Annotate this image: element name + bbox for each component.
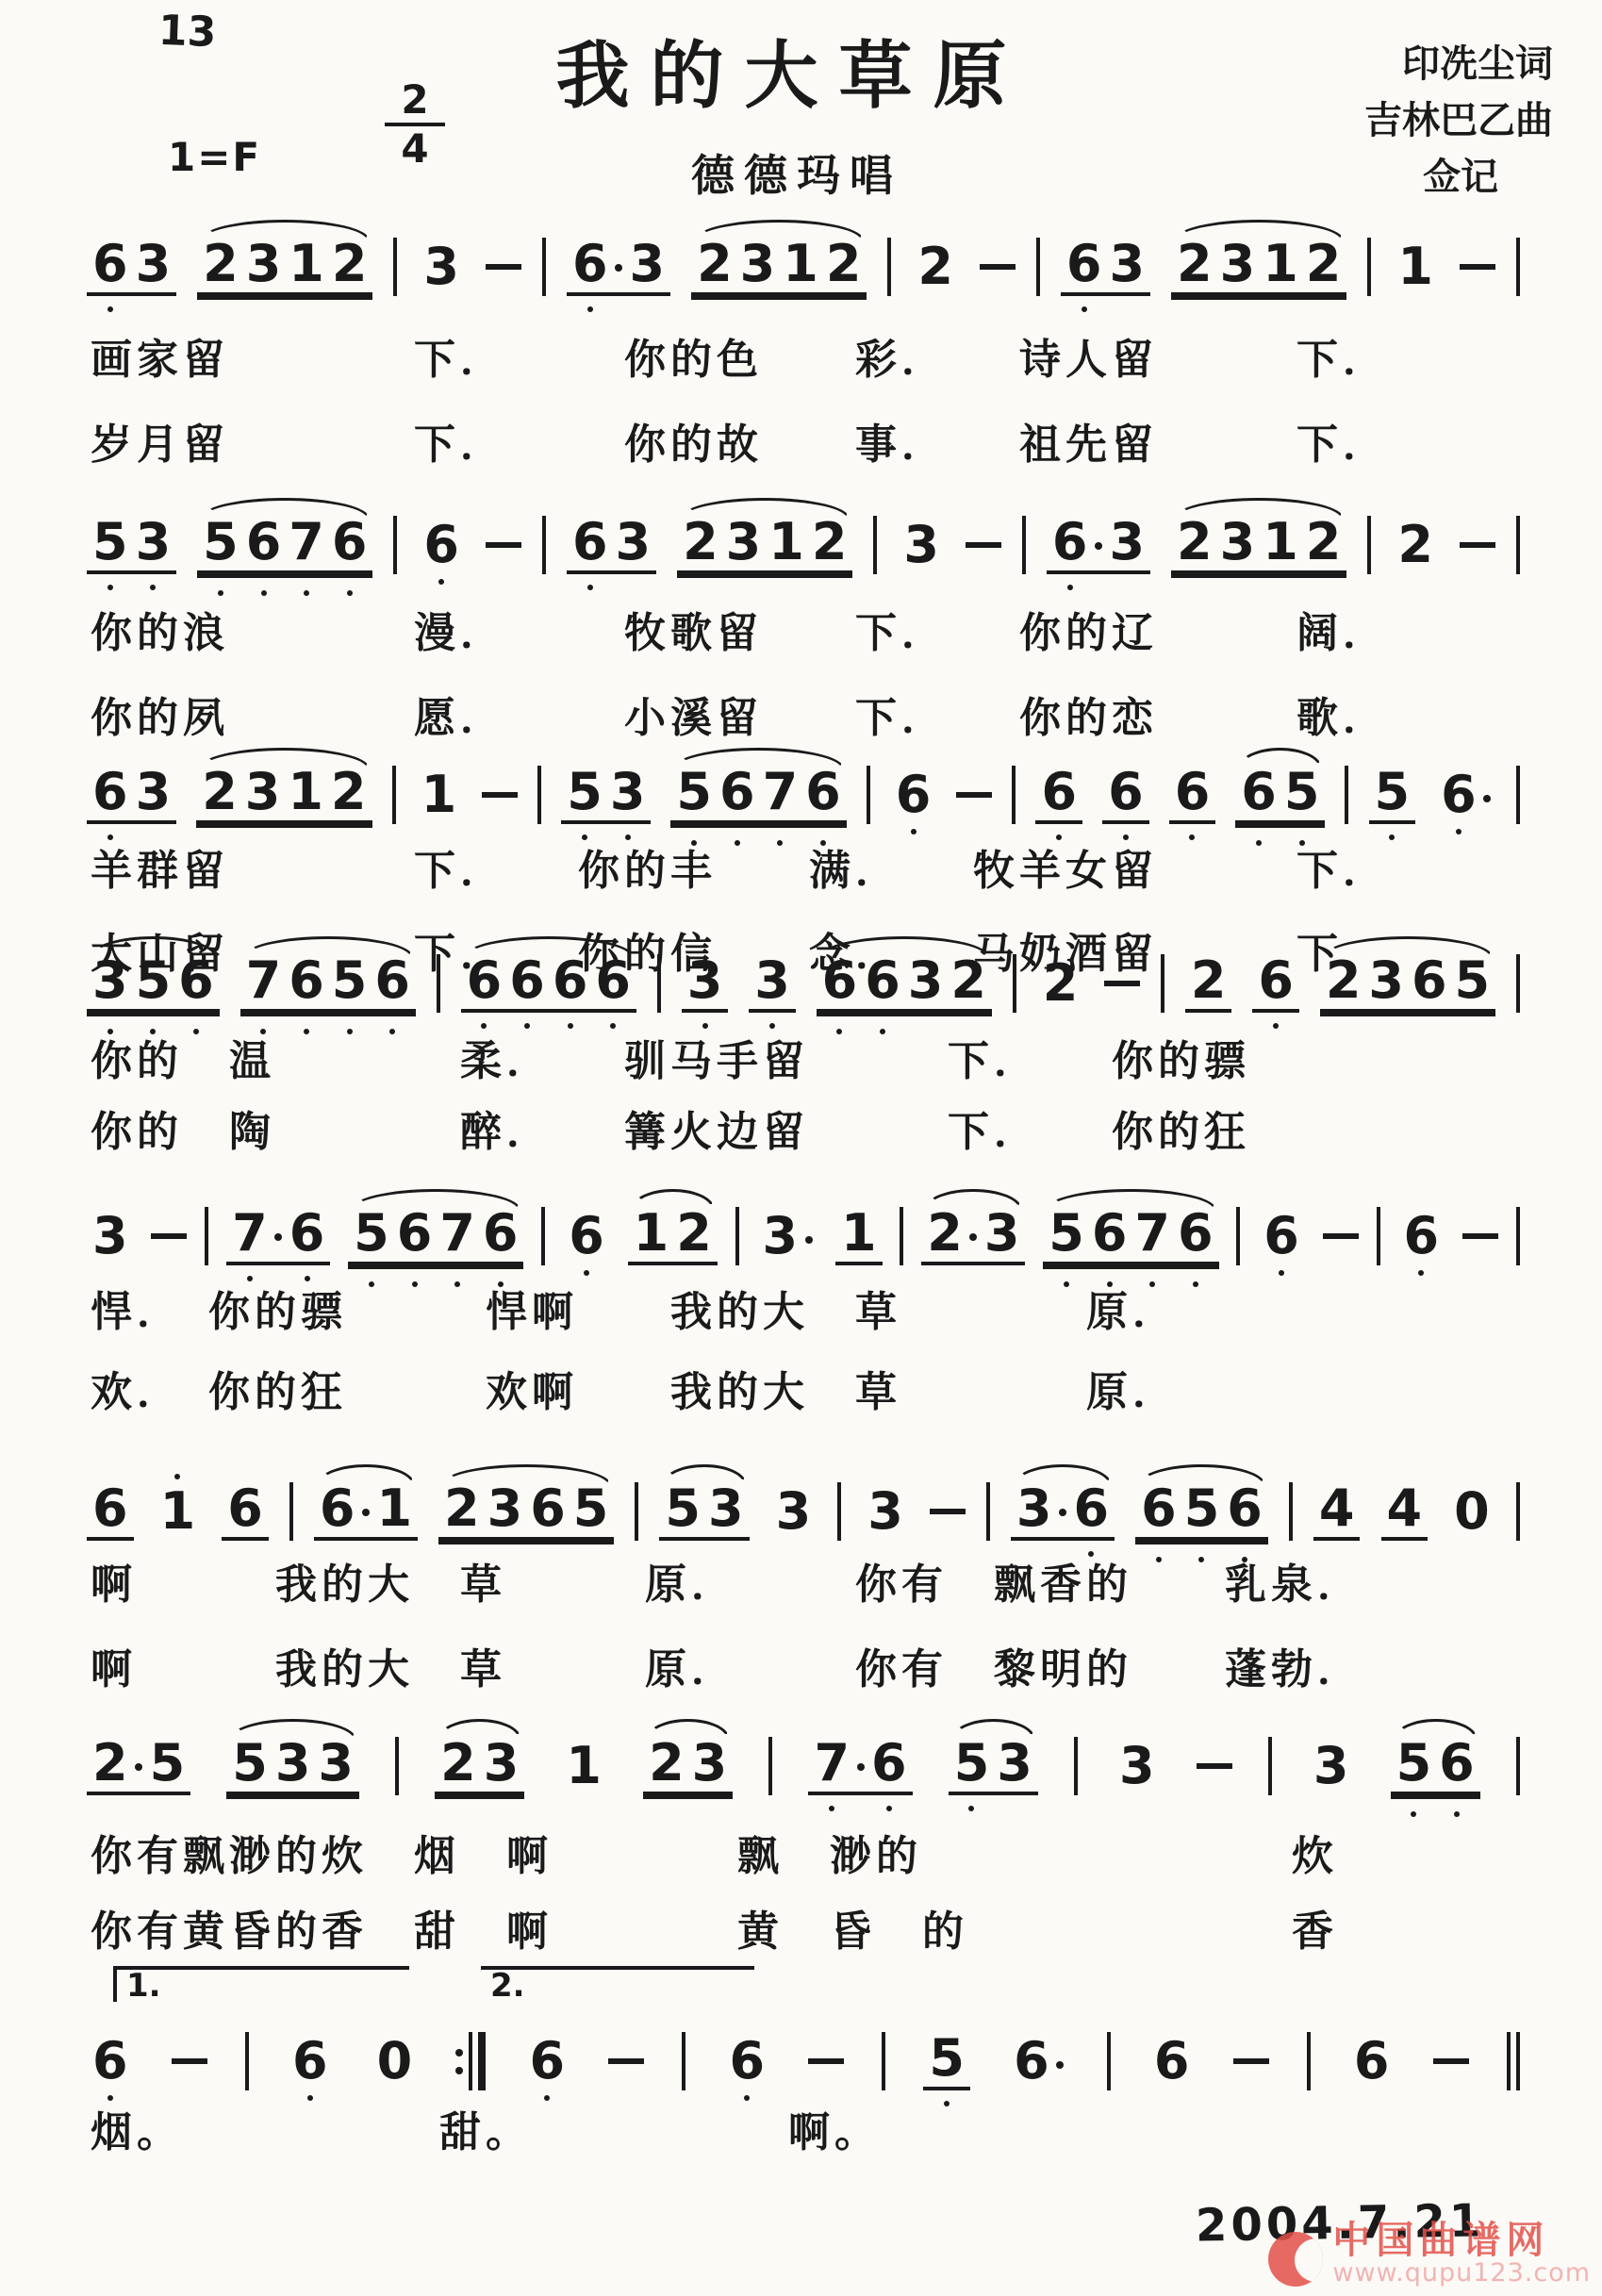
duration-dash xyxy=(980,264,1016,270)
dot-of-duration xyxy=(801,1211,816,1262)
note-group: 6 xyxy=(87,2036,134,2087)
note-group: 2365 xyxy=(438,1483,614,1541)
note-digit: 7 xyxy=(285,517,328,568)
note-group: 3 xyxy=(87,1211,134,1262)
note-group: 56 xyxy=(1391,1738,1480,1795)
duration-dash xyxy=(172,2058,207,2064)
repeat-barline xyxy=(455,2032,486,2090)
note-digit: 6 xyxy=(463,955,506,1006)
music-system-8: 1.2.660665666烟。 甜。 啊。 xyxy=(87,2021,1520,2102)
note-digit: 6 xyxy=(285,955,328,1006)
note-digit: 6 xyxy=(505,955,549,1006)
note-digit: 2 xyxy=(89,1738,132,1789)
note-digit: 3 xyxy=(736,239,780,289)
dot-of-duration xyxy=(1053,2036,1067,2087)
note-digit: 3 xyxy=(981,1208,1024,1259)
note-digit: 2 xyxy=(1394,520,1437,570)
note-digit: 6 xyxy=(289,2036,332,2087)
note-digit: 6 xyxy=(89,767,132,818)
final-barline xyxy=(1507,2032,1520,2090)
note-group: 63 xyxy=(1047,517,1150,574)
duration-dash xyxy=(966,542,1001,548)
note-group: 6 xyxy=(1348,2036,1396,2087)
lyrics-line: 你的浪 漫． 牧歌留 下． 你的辽 阔． xyxy=(91,611,1520,656)
note-digit: 3 xyxy=(900,520,943,570)
duration-dash xyxy=(482,792,518,798)
note-digit: 3 xyxy=(89,1211,132,1262)
note-digit: 1 xyxy=(285,239,328,289)
music-system-5: 37656766123123567666悍． 你的骠 悍啊 我的大 草 原．欢．… xyxy=(87,1196,1520,1277)
note-group: 6 xyxy=(1148,2036,1196,2087)
note-group: 2312 xyxy=(1171,517,1346,574)
barline xyxy=(437,954,440,1013)
note-digit: 3 xyxy=(484,1483,527,1534)
note-group: 6 xyxy=(1258,1211,1305,1262)
barline xyxy=(1013,954,1016,1013)
note-digit: 6 xyxy=(1174,1208,1217,1259)
note-digit: 2 xyxy=(679,517,722,568)
barline xyxy=(1236,1207,1240,1265)
page-number: 13 xyxy=(157,7,217,57)
duration-dash xyxy=(1233,2058,1269,2064)
note-digit: 3 xyxy=(993,1738,1036,1789)
note-group: 6 xyxy=(1252,955,1299,1013)
lyrics-line: 你的 陶 醉． 篝火边留 下． 你的狂 xyxy=(91,1110,1520,1155)
note-digit: 3 xyxy=(606,767,650,818)
lyrics-line: 烟。 甜。 啊。 xyxy=(91,2110,1520,2156)
barline xyxy=(1345,766,1348,824)
note-digit: 5 xyxy=(328,955,372,1006)
note-group: 12 xyxy=(628,1208,718,1265)
duration-dash xyxy=(1433,2058,1469,2064)
note-digit: 6 xyxy=(1070,1483,1114,1534)
note-group: 23 xyxy=(435,1738,524,1795)
duration-dash xyxy=(486,264,521,270)
note-digit: 1 xyxy=(837,1208,881,1259)
note-group: 53 xyxy=(87,517,176,574)
duration-dash xyxy=(808,2058,844,2064)
note-group: 656 xyxy=(1135,1483,1268,1541)
note-digit: 3 xyxy=(864,1486,907,1537)
note-digit: 2 xyxy=(437,1738,480,1789)
note-digit: 6 xyxy=(1350,2036,1394,2087)
note-digit: 2 xyxy=(1302,239,1346,289)
note-digit: 6 xyxy=(316,1483,359,1534)
note-group: 3 xyxy=(1114,1741,1161,1792)
note-digit: 3 xyxy=(1013,1483,1056,1534)
note-group: 63 xyxy=(87,767,176,824)
barline xyxy=(1516,766,1520,824)
note-group: 6 xyxy=(418,520,465,570)
note-group: 5676 xyxy=(670,767,846,824)
dot-of-duration xyxy=(1480,769,1495,820)
note-digit: 3 xyxy=(751,955,794,1006)
note-group: 63 xyxy=(87,239,176,296)
barline xyxy=(1516,1737,1520,1795)
dot-of-duration xyxy=(272,1208,286,1259)
note-group: 23 xyxy=(643,1738,733,1795)
note-digit: 2 xyxy=(947,955,990,1006)
note-group: 6 xyxy=(222,1483,269,1541)
note-digit: 2 xyxy=(1173,517,1216,568)
time-signature-denominator: 4 xyxy=(377,128,453,170)
song-title: 我的大草原 xyxy=(555,17,1027,123)
note-digit: 5 xyxy=(89,517,132,568)
note-digit: 1 xyxy=(1259,517,1302,568)
note-group: 25 xyxy=(87,1738,190,1795)
note-digit: 5 xyxy=(1451,955,1495,1006)
lyrics-line: 啊 我的大 草 原． 你有 黎明的 蓬勃． xyxy=(91,1647,1520,1693)
note-group: 6 xyxy=(1397,1211,1445,1262)
note-group: 6 xyxy=(723,2036,770,2087)
note-group: 2 xyxy=(1392,520,1439,570)
note-digit: 5 xyxy=(350,1208,393,1259)
note-digit: 1 xyxy=(1259,239,1302,289)
volta-first-ending: 1. xyxy=(113,1966,409,2002)
note-group: 5676 xyxy=(197,517,372,574)
dot-of-duration xyxy=(358,1483,372,1534)
note-digit: 6 xyxy=(223,1483,267,1534)
music-system-3: 632312153567666666556羊群留 下． 你的丰 满． 牧羊女留 … xyxy=(87,754,1520,835)
note-group: 5676 xyxy=(1043,1208,1218,1265)
lyrics-line: 你的 温 柔． 驯马手留 下． 你的骠 xyxy=(91,1039,1520,1084)
lyrics-line: 你有黄昏的香 甜 啊 黄 昏 的 香 xyxy=(91,1909,1520,1955)
note-digit: 3 xyxy=(772,1486,816,1537)
note-digit: 6 xyxy=(1237,767,1280,818)
dot-of-duration xyxy=(853,1738,867,1789)
note-group: 3 xyxy=(1308,1741,1355,1792)
note-digit: 2 xyxy=(645,1738,688,1789)
note-digit: 3 xyxy=(132,239,175,289)
jianpu-notes: 255332312376533356 xyxy=(87,1726,1520,1807)
barline xyxy=(1074,1737,1078,1795)
lyrics-line: 画家留 下． 你的色 彩． 诗人留 下． xyxy=(91,338,1520,383)
note-digit: 3 xyxy=(612,517,655,568)
note-digit: 1 xyxy=(562,1741,605,1792)
note-digit: 6 xyxy=(591,955,635,1006)
note-group: 63 xyxy=(567,517,656,574)
note-group: 6666 xyxy=(461,955,636,1013)
note-digit: 6 xyxy=(1223,1483,1266,1534)
jianpu-notes: 616612365533336656440 xyxy=(87,1471,1520,1552)
composer-credit: 吉林巴乙曲 xyxy=(1364,92,1553,149)
note-digit: 2 xyxy=(198,767,241,818)
note-group: 6 xyxy=(1008,2036,1069,2087)
note-digit: 7 xyxy=(436,1208,479,1259)
note-digit: 3 xyxy=(904,955,948,1006)
note-group: 2 xyxy=(912,241,959,292)
note-digit: 6 xyxy=(716,767,759,818)
note-group: 53 xyxy=(561,767,651,824)
note-digit: 2 xyxy=(693,239,736,289)
note-digit: 2 xyxy=(822,239,866,289)
note-digit: 6 xyxy=(1088,1208,1131,1259)
note-group: 4 xyxy=(1381,1483,1429,1541)
note-group: 36 xyxy=(1011,1483,1115,1541)
time-signature-numerator: 2 xyxy=(377,79,453,121)
note-group: 6 xyxy=(1169,767,1216,824)
note-digit: 3 xyxy=(1115,1741,1159,1792)
note-group: 5 xyxy=(923,2033,970,2090)
note-digit: 2 xyxy=(1187,955,1230,1006)
note-group: 356 xyxy=(87,955,220,1013)
duration-dash xyxy=(151,1233,187,1239)
note-group: 0 xyxy=(372,2036,419,2087)
note-digit: 3 xyxy=(626,239,669,289)
note-digit: 2 xyxy=(672,1208,716,1259)
note-group: 6 xyxy=(1102,767,1149,824)
note-digit: 6 xyxy=(861,955,904,1006)
note-digit: 6 xyxy=(525,2036,569,2087)
note-digit: 6 xyxy=(89,239,132,289)
duration-dash xyxy=(1104,981,1140,986)
note-group: 1 xyxy=(416,769,463,820)
note-digit: 3 xyxy=(1105,239,1148,289)
note-digit: 6 xyxy=(371,955,414,1006)
barline xyxy=(1022,516,1026,574)
dot-of-duration xyxy=(1091,517,1105,568)
note-digit: 5 xyxy=(1371,767,1414,818)
note-digit: 6 xyxy=(818,955,862,1006)
note-group: 76 xyxy=(226,1208,330,1265)
note-digit: 3 xyxy=(132,517,175,568)
credits-block: 印冼尘词 吉林巴乙曲 佥记 xyxy=(1364,36,1553,206)
note-digit: 1 xyxy=(157,1486,200,1537)
barline xyxy=(1377,1207,1380,1265)
barline xyxy=(882,2032,885,2090)
note-group: 63 xyxy=(567,239,670,296)
note-digit: 6 xyxy=(569,517,612,568)
note-group: 0 xyxy=(1448,1486,1495,1537)
jianpu-notes: 535676663231236323122 xyxy=(87,504,1520,586)
note-digit: 5 xyxy=(146,1738,190,1789)
note-digit: 1 xyxy=(284,767,327,818)
lyrics-line: 你的夙 愿． 小溪留 下． 你的恋 歌． xyxy=(91,696,1520,741)
key-signature: 1=F xyxy=(168,134,261,180)
duration-dash xyxy=(1323,1233,1359,1239)
note-digit: 5 xyxy=(563,767,606,818)
note-digit: 1 xyxy=(630,1208,673,1259)
duration-dash xyxy=(486,542,521,548)
barline xyxy=(900,1207,903,1265)
note-group: 3 xyxy=(682,955,729,1013)
note-group: 6 xyxy=(87,1483,134,1541)
note-group: 6 xyxy=(890,769,937,820)
note-digit: 6 xyxy=(1435,1738,1478,1789)
note-group: 4 xyxy=(1313,1483,1361,1541)
note-group: 53 xyxy=(949,1738,1038,1795)
note-digit: 3 xyxy=(1216,239,1260,289)
watermark: 中国曲谱网 www.qupu123.com xyxy=(1268,2221,1591,2287)
music-system-4: 356765666663366322262365你的 温 柔． 驯马手留 下． … xyxy=(87,943,1520,1024)
jianpu-notes: 632312363231226323121 xyxy=(87,226,1520,307)
duration-dash xyxy=(1460,542,1495,548)
note-digit: 3 xyxy=(89,955,132,1006)
note-digit: 3 xyxy=(241,767,285,818)
watermark-site-url: www.qupu123.com xyxy=(1332,2260,1591,2287)
note-digit: 1 xyxy=(779,239,822,289)
note-group: 2365 xyxy=(1320,955,1495,1013)
barline xyxy=(1516,1207,1520,1265)
barline xyxy=(1516,954,1520,1013)
note-digit: 6 xyxy=(1063,239,1106,289)
note-digit: 6 xyxy=(1150,2036,1194,2087)
note-digit: 5 xyxy=(1045,1208,1088,1259)
note-group: 3 xyxy=(749,955,796,1013)
volta-second-ending: 2. xyxy=(481,1966,754,2002)
note-digit: 2 xyxy=(1322,955,1365,1006)
note-digit: 1 xyxy=(372,1483,416,1534)
note-digit: 4 xyxy=(1383,1483,1427,1534)
note-digit: 6 xyxy=(1437,769,1480,820)
note-digit: 5 xyxy=(1393,1738,1436,1789)
note-group: 2 xyxy=(1037,958,1084,1009)
barline xyxy=(393,238,397,296)
barline xyxy=(542,238,546,296)
note-digit: 3 xyxy=(1105,517,1148,568)
barline xyxy=(1307,2032,1311,2090)
note-group: 2312 xyxy=(1171,239,1346,296)
note-digit: 7 xyxy=(228,1208,272,1259)
note-digit: 2 xyxy=(1302,517,1346,568)
note-group: 5 xyxy=(1369,767,1416,824)
note-group: 3 xyxy=(770,1486,818,1537)
note-digit: 2 xyxy=(1173,239,1216,289)
note-group: 3 xyxy=(898,520,945,570)
barline xyxy=(541,1207,545,1265)
note-group: 6 xyxy=(287,2036,334,2087)
note-digit: 3 xyxy=(722,517,766,568)
barline xyxy=(1161,954,1164,1013)
note-group: 76 xyxy=(808,1738,912,1795)
barline xyxy=(1367,238,1371,296)
barline xyxy=(392,766,396,824)
note-digit: 3 xyxy=(420,241,463,292)
note-digit: 6 xyxy=(328,517,372,568)
note-digit: 6 xyxy=(1037,767,1081,818)
note-digit: 5 xyxy=(1280,767,1324,818)
note-digit: 2 xyxy=(328,239,372,289)
note-group: 2 xyxy=(1185,955,1232,1013)
note-group: 7656 xyxy=(240,955,416,1013)
note-group: 6 xyxy=(1035,767,1082,824)
note-group: 3 xyxy=(862,1486,909,1537)
note-digit: 1 xyxy=(418,769,461,820)
note-group: 53 xyxy=(659,1483,749,1541)
note-digit: 7 xyxy=(1131,1208,1174,1259)
barline xyxy=(867,766,870,824)
note-digit: 3 xyxy=(704,1483,748,1534)
lyrics-line: 悍． 你的骠 悍啊 我的大 草 原． xyxy=(91,1290,1520,1335)
barline xyxy=(542,516,546,574)
lyrics-line: 你有飘渺的炊 烟 啊 飘 渺的 炊 xyxy=(91,1834,1520,1879)
jianpu-notes: 632312153567666666556 xyxy=(87,754,1520,835)
note-digit: 2 xyxy=(199,239,242,289)
jianpu-notes: 660665666 xyxy=(87,2021,1520,2102)
note-digit: 3 xyxy=(1310,1741,1353,1792)
note-group: 533 xyxy=(226,1738,359,1795)
note-group: 65 xyxy=(1235,767,1325,824)
note-digit: 5 xyxy=(1181,1483,1224,1534)
notation-credit: 佥记 xyxy=(1364,149,1553,206)
barline xyxy=(245,2032,249,2090)
note-digit: 6 xyxy=(565,1211,608,1262)
note-group: 2312 xyxy=(196,767,372,824)
lyrics-line: 岁月留 下． 你的故 事． 祖先留 下． xyxy=(91,422,1520,468)
note-digit: 7 xyxy=(810,1738,853,1789)
note-digit: 5 xyxy=(672,767,716,818)
barline xyxy=(1289,1482,1293,1541)
barline xyxy=(837,1482,841,1541)
note-digit: 3 xyxy=(684,955,727,1006)
note-digit: 6 xyxy=(420,520,463,570)
note-digit: 6 xyxy=(174,955,218,1006)
note-digit: 3 xyxy=(242,239,286,289)
barline xyxy=(1516,238,1520,296)
note-group: 2312 xyxy=(677,517,852,574)
barline xyxy=(635,1482,638,1541)
note-group: 3 xyxy=(418,241,465,292)
note-digit: 2 xyxy=(440,1483,484,1534)
note-digit: 6 xyxy=(867,1738,911,1789)
note-digit: 5 xyxy=(228,1738,272,1789)
note-digit: 0 xyxy=(373,2036,417,2087)
note-digit: 2 xyxy=(1039,958,1082,1009)
note-group: 61 xyxy=(314,1483,418,1541)
barline xyxy=(289,1482,293,1541)
note-digit: 6 xyxy=(1254,955,1297,1006)
note-digit: 6 xyxy=(1408,955,1451,1006)
note-digit: 6 xyxy=(725,2036,768,2087)
note-group: 63 xyxy=(1061,239,1150,296)
jianpu-notes: 356765666663366322262365 xyxy=(87,943,1520,1024)
barline xyxy=(1516,1482,1520,1541)
note-digit: 5 xyxy=(199,517,242,568)
note-group: 1 xyxy=(560,1741,607,1792)
note-digit: 5 xyxy=(132,955,175,1006)
note-digit: 6 xyxy=(242,517,286,568)
barline xyxy=(1107,2032,1111,2090)
duration-dash xyxy=(608,2058,644,2064)
note-group: 6 xyxy=(523,2036,570,2087)
music-system-1: 632312363231226323121画家留 下． 你的色 彩． 诗人留 下… xyxy=(87,226,1520,307)
barline xyxy=(1367,516,1371,574)
dot-of-duration xyxy=(1056,1483,1070,1534)
note-digit: 6 xyxy=(479,1208,522,1259)
duration-dash xyxy=(956,792,992,798)
music-system-7: 255332312376533356你有飘渺的炊 烟 啊 飘 渺的 炊你有黄昏的… xyxy=(87,1726,1520,1807)
note-digit: 6 xyxy=(549,955,592,1006)
music-system-2: 535676663231236323122你的浪 漫． 牧歌留 下． 你的辽 阔… xyxy=(87,504,1520,586)
note-digit: 1 xyxy=(1394,241,1437,292)
note-digit: 6 xyxy=(1137,1483,1181,1534)
note-group: 2312 xyxy=(197,239,372,296)
barline xyxy=(768,1737,772,1795)
time-signature: 2 4 xyxy=(377,79,453,170)
note-group: 23 xyxy=(921,1208,1025,1265)
note-digit: 1 xyxy=(765,517,808,568)
note-digit: 0 xyxy=(1450,1486,1494,1537)
barline xyxy=(1036,238,1040,296)
note-group: 6 xyxy=(1435,769,1496,820)
note-group: 1 xyxy=(1392,241,1439,292)
note-digit: 3 xyxy=(759,1211,802,1262)
barline xyxy=(395,1737,399,1795)
lyricist-credit: 印冼尘词 xyxy=(1364,36,1553,92)
note-digit: 5 xyxy=(661,1483,704,1534)
note-digit: 3 xyxy=(132,767,175,818)
barline xyxy=(1516,516,1520,574)
